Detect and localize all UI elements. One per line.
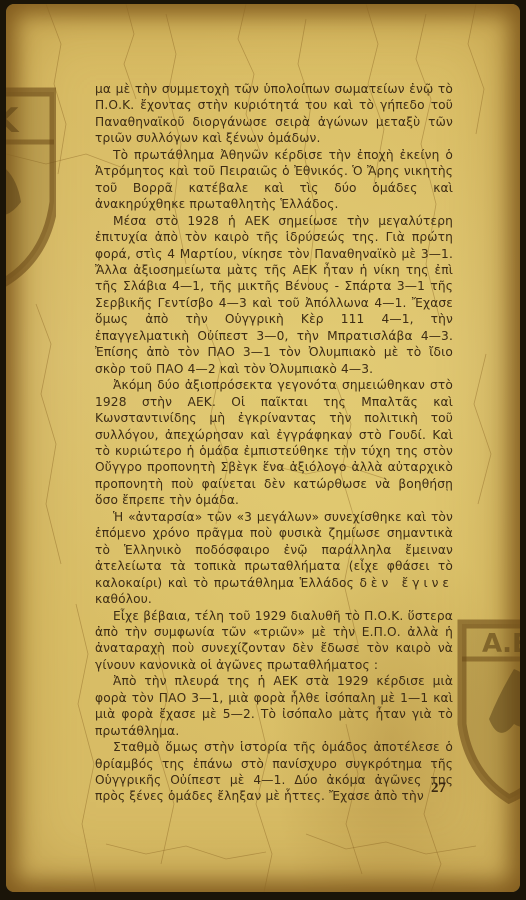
- paragraph: Ἀπὸ τὴν πλευρά της ἡ ΑΕΚ στὰ 1929 κέρδισ…: [95, 673, 453, 739]
- aek-crest-right-decoration: Α.Ε: [454, 614, 520, 804]
- paragraph: Ἀκόμη δύο ἀξιοπρόσεκτα γεγονότα σημειώθη…: [95, 377, 453, 509]
- svg-text:Α.Ε: Α.Ε: [482, 629, 520, 659]
- paragraph: Τὸ πρωτάθλημα Ἀθηνῶν κέρδισε τὴν ἐποχὴ ἐ…: [95, 147, 453, 213]
- paragraph: Ἡ «ἀνταρσία» τῶν «3 μεγάλων» συνεχίσθηκε…: [95, 509, 453, 608]
- paragraph-text: καθόλου.: [95, 592, 152, 606]
- page-number: 27: [431, 780, 446, 797]
- paragraph: Σταθμὸ ὅμως στὴν ἱστορία τῆς ὁμάδος ἀποτ…: [95, 739, 453, 805]
- paragraph: Εἶχε βέβαια, τέλη τοῦ 1929 διαλυθῆ τὸ Π.…: [95, 608, 453, 674]
- aek-crest-left-decoration: Ε.Κ: [6, 82, 56, 292]
- svg-text:Ε.Κ: Ε.Κ: [6, 101, 20, 141]
- emphasized-text: δὲν ἔγινε: [359, 576, 453, 590]
- book-page: Ε.Κ Α.Ε μα μὲ τὴν συμμετοχὴ τῶν ὑπολοίπω…: [6, 4, 520, 892]
- body-text: μα μὲ τὴν συμμετοχὴ τῶν ὑπολοίπων σωματε…: [95, 81, 453, 805]
- paragraph: μα μὲ τὴν συμμετοχὴ τῶν ὑπολοίπων σωματε…: [95, 81, 453, 147]
- paragraph: Μέσα στὸ 1928 ἡ ΑΕΚ σημείωσε τὴν μεγαλύτ…: [95, 213, 453, 378]
